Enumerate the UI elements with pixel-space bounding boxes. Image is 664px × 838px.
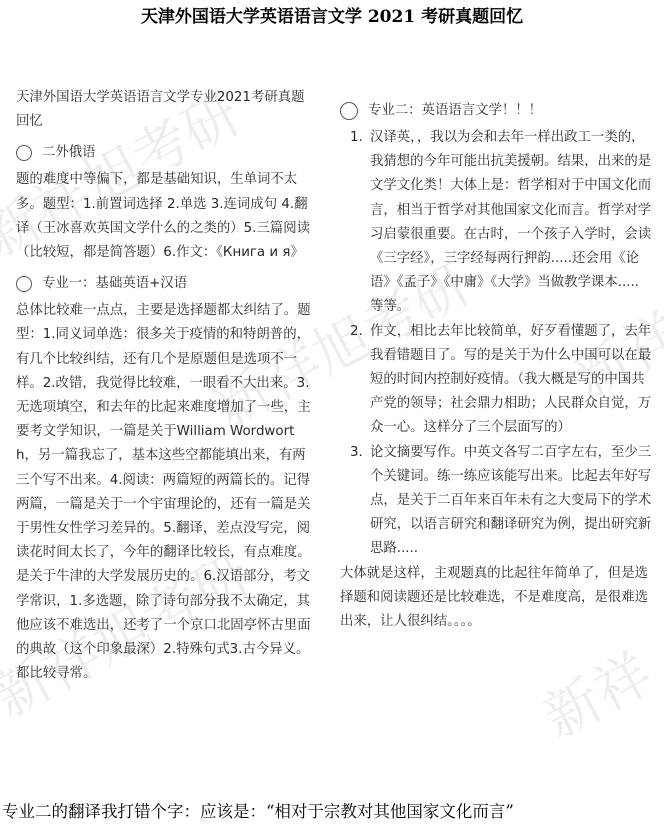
list-item-number: 2. [350, 320, 370, 441]
numbered-list: 1. 汉译英，，我以为会和去年一样出政工一类的，我猜想的今年可能出抗美援朝。结果… [340, 126, 652, 562]
list-item: 3. 论文摘要写作。中英文各写二百字左右，至少三个关键词。练一练应该能写出来。比… [350, 441, 652, 562]
section-heading-text: 二外俄语 [42, 141, 96, 165]
section-body-major-one: 总体比较难一点点，主要是选择题都太纠结了。题型：1.同义词单选：很多关于疫情的和… [16, 299, 316, 686]
list-item-text: 汉译英，，我以为会和去年一样出政工一类的，我猜想的今年可能出抗美援朝。结果，出来… [370, 126, 652, 320]
watermark: 新祥 [528, 630, 664, 753]
list-item-text: 论文摘要写作。中英文各写二百字左右，至少三个关键词。练一练应该能写出来。比起去年… [370, 441, 652, 562]
section-heading-russian: 二外俄语 [16, 138, 316, 168]
list-item-text: 作文，相比去年比较简单，好歹看懂题了，去年我看错题目了。写的是关于为什么中国可以… [370, 320, 652, 441]
footnote-correction: 专业二的翻译我打错个字：应该是：“相对于宗教对其他国家文化而言” [2, 798, 514, 822]
left-column: 天津外国语大学英语语言文学专业2021考研真题回忆 二外俄语 题的难度中等偏下，… [16, 86, 316, 686]
circle-bullet-icon [340, 102, 358, 120]
list-item-number: 1. [350, 126, 370, 320]
circle-bullet-icon [16, 145, 32, 161]
page-title: 天津外国语大学英语语言文学 2021 考研真题回忆 [0, 2, 664, 27]
intro-text: 天津外国语大学英语语言文学专业2021考研真题回忆 [16, 86, 316, 134]
embedded-screenshot: 新祥旭考研 新祥旭考研 新祥旭考研 新祥 新祥 天津外国语大学英语语言文学专业2… [0, 72, 664, 772]
section-body-russian: 题的难度中等偏下，都是基础知识，生单词不太多。题型：1.前置词选择 2.单选 3… [16, 168, 316, 265]
list-item: 2. 作文，相比去年比较简单，好歹看懂题了，去年我看错题目了。写的是关于为什么中… [350, 320, 652, 441]
section-heading-text: 专业二：英语语言文学！！！ [368, 99, 542, 123]
circle-bullet-icon [16, 276, 32, 292]
section-heading-text: 专业一：基础英语+汉语 [42, 272, 187, 296]
list-item-number: 3. [350, 441, 370, 562]
section-heading-major-two: 专业二：英语语言文学！！！ [340, 96, 652, 126]
summary-text: 大体就是这样，主观题真的比起往年简单了，但是选择题和阅读题还是比较难选，不是难度… [340, 562, 652, 635]
section-heading-major-one: 专业一：基础英语+汉语 [16, 269, 316, 299]
right-column: 专业二：英语语言文学！！！ 1. 汉译英，，我以为会和去年一样出政工一类的，我猜… [340, 92, 652, 634]
list-item: 1. 汉译英，，我以为会和去年一样出政工一类的，我猜想的今年可能出抗美援朝。结果… [350, 126, 652, 320]
